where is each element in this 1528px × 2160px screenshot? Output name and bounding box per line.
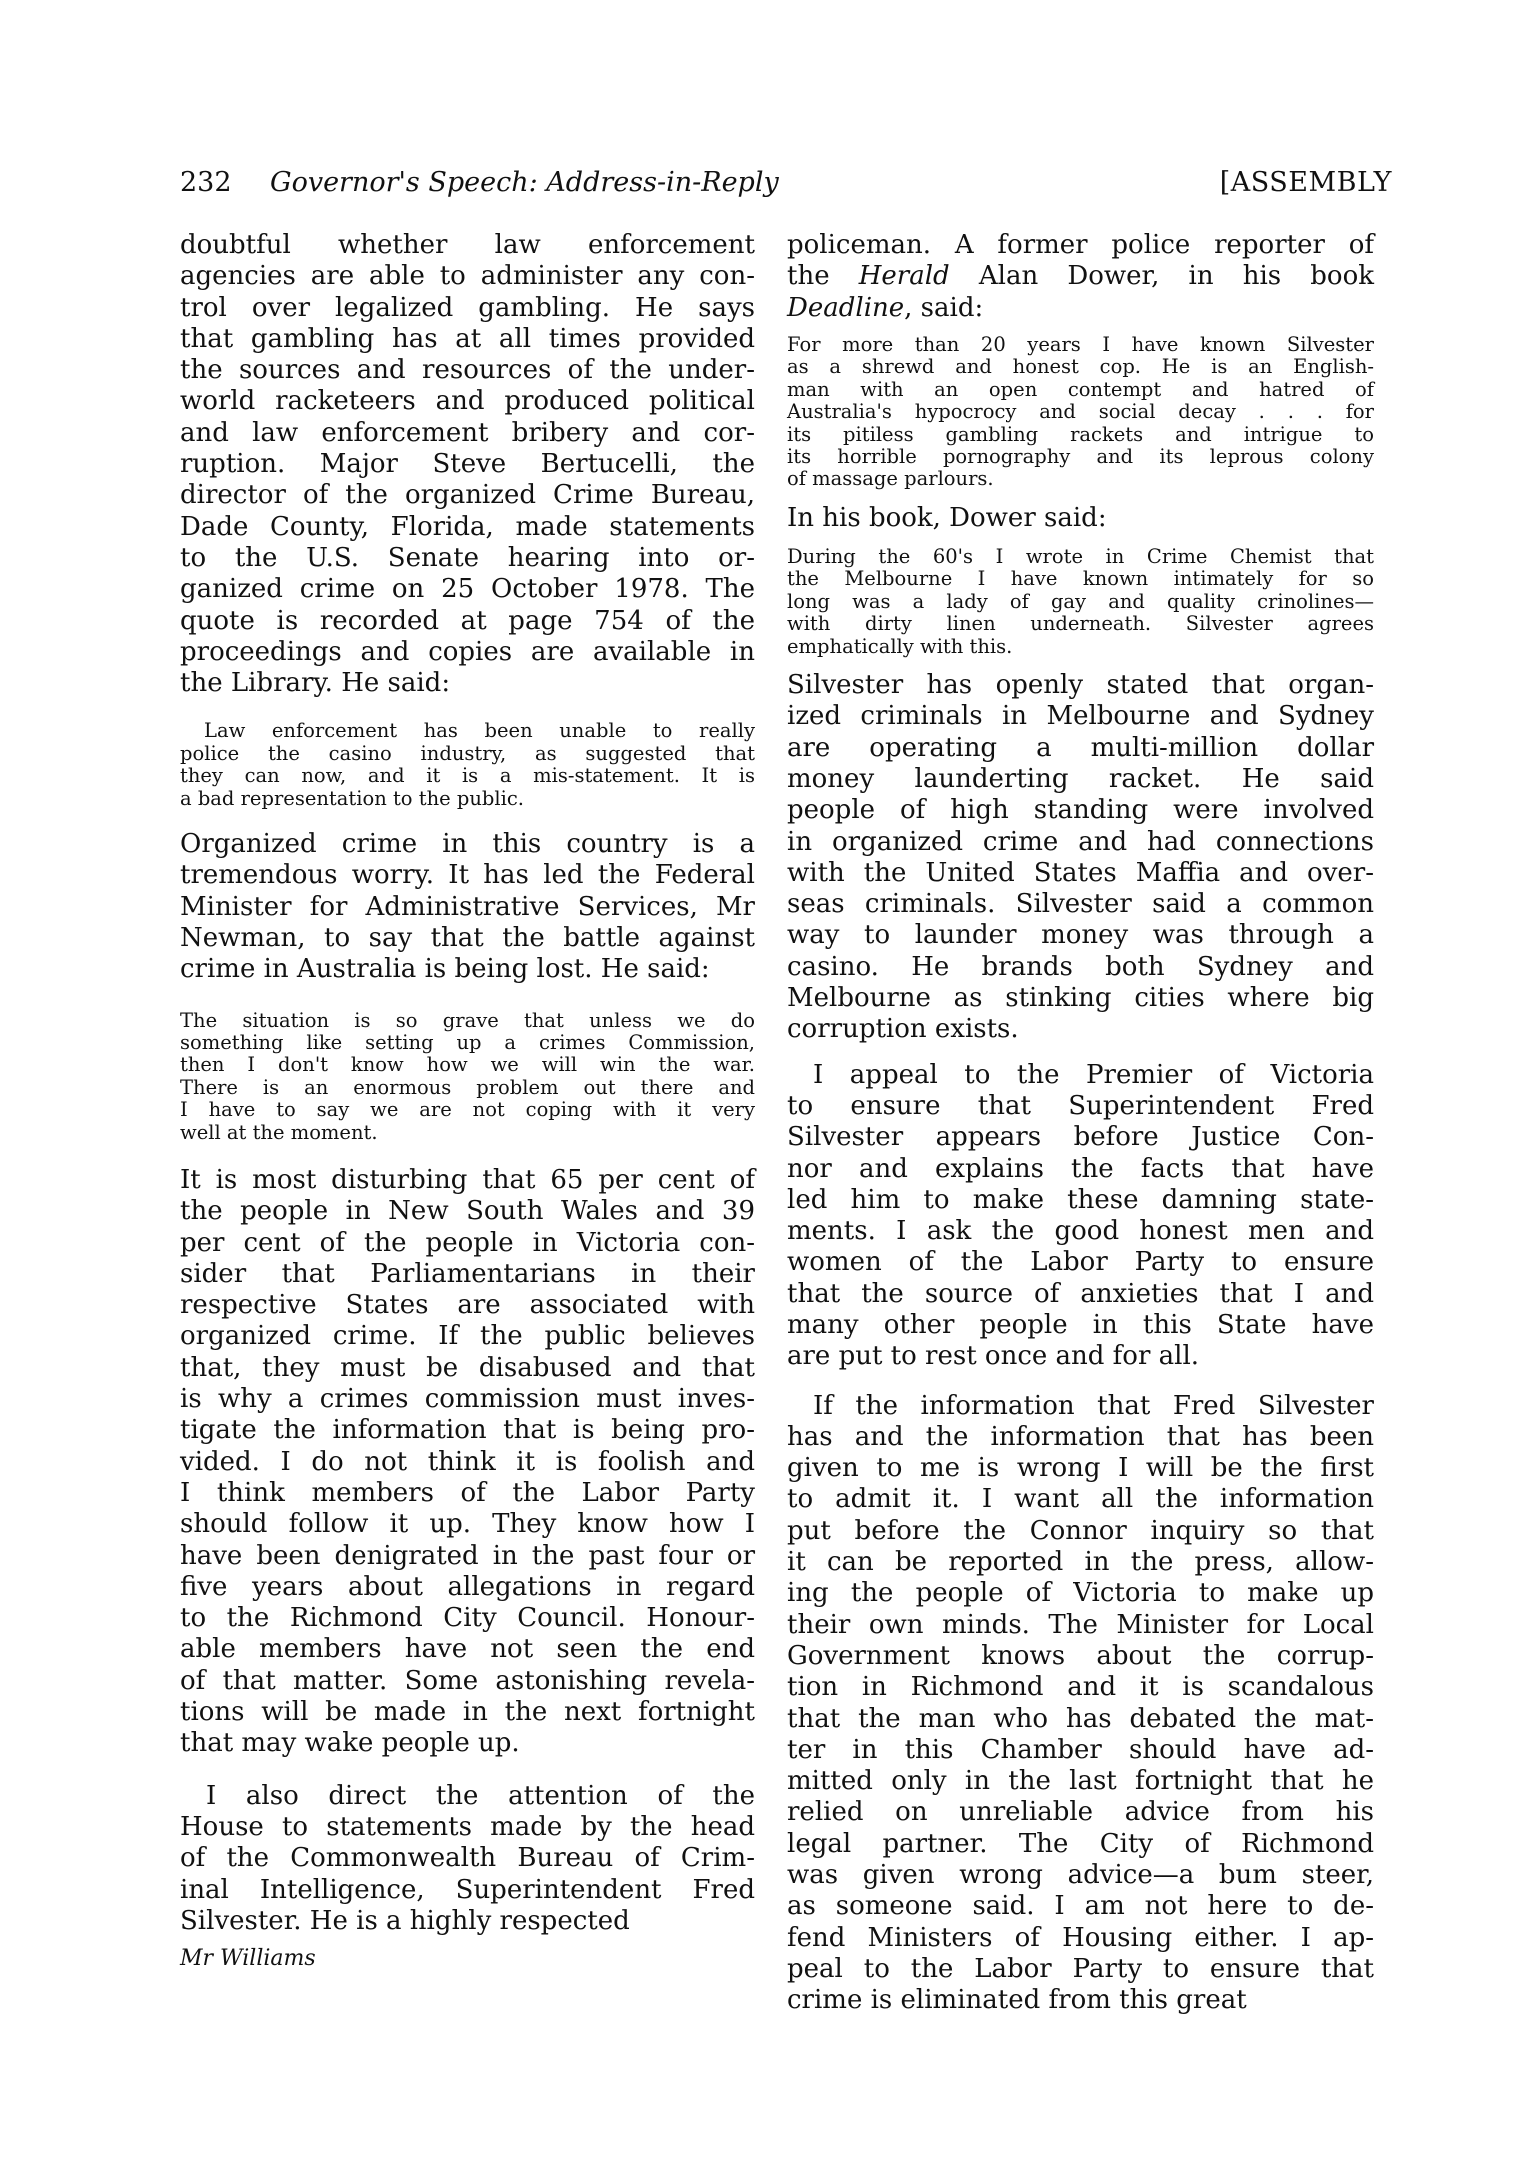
text-line: of the Commonwealth Bureau of Crim- <box>180 1843 755 1874</box>
text-line: agencies are able to administer any con- <box>180 261 755 292</box>
text-line: in organized crime and had connections <box>787 827 1374 858</box>
text-line: to the Richmond City Council. Honour- <box>180 1603 755 1634</box>
text-line: ing the people of Victoria to make up <box>787 1578 1374 1609</box>
block-quote: Law enforcement has been unable to reall… <box>180 720 755 810</box>
text-line: For more than 20 years I have known Silv… <box>787 334 1374 356</box>
text-line: it can be reported in the press, allow- <box>787 1547 1374 1578</box>
text-line: well at the moment. <box>180 1122 755 1144</box>
text-line: are put to rest once and for all. <box>787 1341 1374 1372</box>
paragraph: doubtful whether law enforcementagencies… <box>180 230 755 699</box>
text-line: Australia's hypocrocy and social decay .… <box>787 401 1374 423</box>
page-title: Governor's Speech: Address-in-Reply <box>270 163 779 203</box>
text-line: ter in this Chamber should have ad- <box>787 1735 1374 1766</box>
text-line: is why a crimes commission must inves- <box>180 1384 755 1415</box>
text-line: Dade County, Florida, made statements <box>180 512 755 543</box>
hansard-page: 232 Governor's Speech: Address-in-Reply … <box>0 0 1528 2160</box>
text-line: Deadline, said: <box>787 293 1374 324</box>
block-quote: The situation is so grave that unless we… <box>180 1010 755 1144</box>
text-line: There is an enormous problem out there a… <box>180 1077 755 1099</box>
text-line: that, they must be disabused and that <box>180 1353 755 1384</box>
text-line: has and the information that has been <box>787 1422 1374 1453</box>
text-line: During the 60's I wrote in Crime Chemist… <box>787 546 1374 568</box>
text-line: that the man who has debated the mat- <box>787 1704 1374 1735</box>
text-line: I think members of the Labor Party <box>180 1478 755 1509</box>
page-number: 232 <box>180 163 232 203</box>
text-line: of massage parlours. <box>787 468 1374 490</box>
text-line: the Library. He said: <box>180 668 755 699</box>
text-line: casino. He brands both Sydney and <box>787 952 1374 983</box>
text-line: I have to say we are not coping with it … <box>180 1099 755 1121</box>
text-line: ized criminals in Melbourne and Sydney <box>787 701 1374 732</box>
text-line: policeman. A former police reporter of <box>787 230 1374 261</box>
text-line: I also direct the attention of the <box>180 1781 755 1812</box>
text-line: Silvester appears before Justice Con- <box>787 1122 1374 1153</box>
text-line: they can now, and it is a mis-statement.… <box>180 765 755 787</box>
text-line: per cent of the people in Victoria con- <box>180 1228 755 1259</box>
text-line: its pitiless gambling rackets and intrig… <box>787 424 1374 446</box>
text-line: way to launder money was through a <box>787 920 1374 951</box>
text-line: the people in New South Wales and 39 <box>180 1196 755 1227</box>
text-line: The situation is so grave that unless we… <box>180 1010 755 1032</box>
text-line: tigate the information that is being pro… <box>180 1415 755 1446</box>
text-line: fend Ministers of Housing either. I ap- <box>787 1923 1374 1954</box>
text-line: corruption exists. <box>787 1014 1374 1045</box>
text-line: sider that Parliamentarians in their <box>180 1259 755 1290</box>
text-line: ments. I ask the good honest men and <box>787 1216 1374 1247</box>
right-column: policeman. A former police reporter of t… <box>787 230 1374 2017</box>
running-head: 232 Governor's Speech: Address-in-Reply … <box>180 163 1392 203</box>
text-line: House to statements made by the head <box>180 1812 755 1843</box>
text-line: are operating a multi-million dollar <box>787 733 1374 764</box>
text-line: tion in Richmond and it is scandalous <box>787 1672 1374 1703</box>
text-line: was given wrong advice—a bum steer, <box>787 1860 1374 1891</box>
text-line: people of high standing were involved <box>787 795 1374 826</box>
text-line: I appeal to the Premier of Victoria <box>787 1060 1374 1091</box>
text-line: the sources and resources of the under- <box>180 355 755 386</box>
text-line: many other people in this State have <box>787 1310 1374 1341</box>
text-line: ruption. Major Steve Bertucelli, the <box>180 449 755 480</box>
text-line: mitted only in the last fortnight that h… <box>787 1766 1374 1797</box>
text-line: legal partner. The City of Richmond <box>787 1829 1374 1860</box>
text-line: with the United States Maffia and over- <box>787 858 1374 889</box>
text-line: money launderting racket. He said <box>787 764 1374 795</box>
text-line: seas criminals. Silvester said a common <box>787 889 1374 920</box>
text-line: to the U.S. Senate hearing into or- <box>180 543 755 574</box>
text-line: Government knows about the corrup- <box>787 1641 1374 1672</box>
paragraph: Organized crime in this country is atrem… <box>180 829 755 985</box>
text-line: world racketeers and produced political <box>180 386 755 417</box>
text-line: Organized crime in this country is a <box>180 829 755 860</box>
text-line: given to me is wrong I will be the first <box>787 1453 1374 1484</box>
text-line: Newman, to say that the battle against <box>180 923 755 954</box>
text-line: Minister for Administrative Services, Mr <box>180 892 755 923</box>
paragraph: In his book, Dower said: <box>787 503 1374 534</box>
newspaper-title: Herald <box>859 261 950 291</box>
text-line: then I don't know how we will win the wa… <box>180 1054 755 1076</box>
text-line: have been denigrated in the past four or <box>180 1541 755 1572</box>
text-run: Alan Dower, in his book <box>950 261 1374 291</box>
text-line: as a shrewd and honest cop. He is an Eng… <box>787 356 1374 378</box>
paragraph: policeman. A former police reporter of t… <box>787 230 1374 324</box>
left-column: doubtful whether law enforcementagencies… <box>180 230 755 1973</box>
text-line: women of the Labor Party to ensure <box>787 1247 1374 1278</box>
text-line: respective States are associated with <box>180 1290 755 1321</box>
text-line: put before the Connor inquiry so that <box>787 1516 1374 1547</box>
text-run: the <box>787 261 859 291</box>
text-line: led him to make these damning state- <box>787 1185 1374 1216</box>
text-line: police the casino industry, as suggested… <box>180 743 755 765</box>
text-line: ganized crime on 25 October 1978. The <box>180 574 755 605</box>
block-quote: For more than 20 years I have known Silv… <box>787 334 1374 491</box>
text-line: five years about allegations in regard <box>180 1572 755 1603</box>
text-line: the Melbourne I have known intimately fo… <box>787 568 1374 590</box>
text-line: tremendous worry. It has led the Federal <box>180 860 755 891</box>
paragraph: Silvester has openly stated that organ-i… <box>787 670 1374 1046</box>
text-line: crime is eliminated from this great <box>787 1985 1374 2016</box>
block-quote: During the 60's I wrote in Crime Chemist… <box>787 546 1374 658</box>
text-run: , said: <box>904 293 983 323</box>
text-line: that gambling has at all times provided <box>180 324 755 355</box>
text-line: to admit it. I want all the information <box>787 1484 1374 1515</box>
text-line: Law enforcement has been unable to reall… <box>180 720 755 742</box>
text-line: to ensure that Superintendent Fred <box>787 1091 1374 1122</box>
text-line: proceedings and copies are available in <box>180 637 755 668</box>
speaker-name: Mr Williams <box>180 1945 755 1973</box>
house-label: [ASSEMBLY <box>1220 163 1392 203</box>
text-line: Silvester has openly stated that organ- <box>787 670 1374 701</box>
text-line: doubtful whether law enforcement <box>180 230 755 261</box>
text-line: In his book, Dower said: <box>787 503 1374 534</box>
text-line: a bad representation to the public. <box>180 788 755 810</box>
text-line: organized crime. If the public believes <box>180 1321 755 1352</box>
paragraph: I appeal to the Premier of Victoriato en… <box>787 1060 1374 1373</box>
text-line: relied on unreliable advice from his <box>787 1797 1374 1828</box>
text-line: vided. I do not think it is foolish and <box>180 1447 755 1478</box>
text-line: that the source of anxieties that I and <box>787 1279 1374 1310</box>
text-line: tions will be made in the next fortnight <box>180 1697 755 1728</box>
text-line: that may wake people up. <box>180 1728 755 1759</box>
text-line: peal to the Labor Party to ensure that <box>787 1954 1374 1985</box>
text-line: director of the organized Crime Bureau, <box>180 480 755 511</box>
text-line: with dirty linen underneath. Silvester a… <box>787 613 1374 635</box>
text-line: If the information that Fred Silvester <box>787 1391 1374 1422</box>
book-title: Deadline <box>787 293 904 323</box>
text-line: and law enforcement bribery and cor- <box>180 418 755 449</box>
text-line: their own minds. The Minister for Local <box>787 1610 1374 1641</box>
paragraph: If the information that Fred Silvesterha… <box>787 1391 1374 2017</box>
text-line: as someone said. I am not here to de- <box>787 1891 1374 1922</box>
text-line: able members have not seen the end <box>180 1634 755 1665</box>
text-line: its horrible pornography and its leprous… <box>787 446 1374 468</box>
text-line: of that matter. Some astonishing revela- <box>180 1666 755 1697</box>
text-line: trol over legalized gambling. He says <box>180 293 755 324</box>
paragraph: It is most disturbing that 65 per cent o… <box>180 1165 755 1760</box>
text-line: quote is recorded at page 754 of the <box>180 606 755 637</box>
text-line: should follow it up. They know how I <box>180 1509 755 1540</box>
text-line: man with an open contempt and hatred of <box>787 379 1374 401</box>
text-line: Melbourne as stinking cities where big <box>787 983 1374 1014</box>
paragraph: I also direct the attention of theHouse … <box>180 1781 755 1937</box>
text-line: It is most disturbing that 65 per cent o… <box>180 1165 755 1196</box>
text-line: emphatically with this. <box>787 636 1374 658</box>
text-line: crime in Australia is being lost. He sai… <box>180 954 755 985</box>
text-line: inal Intelligence, Superintendent Fred <box>180 1875 755 1906</box>
text-line: something like setting up a crimes Commi… <box>180 1032 755 1054</box>
text-line: nor and explains the facts that have <box>787 1154 1374 1185</box>
text-line: the Herald Alan Dower, in his book <box>787 261 1374 292</box>
text-line: Silvester. He is a highly respected <box>180 1906 755 1937</box>
text-line: long was a lady of gay and quality crino… <box>787 591 1374 613</box>
